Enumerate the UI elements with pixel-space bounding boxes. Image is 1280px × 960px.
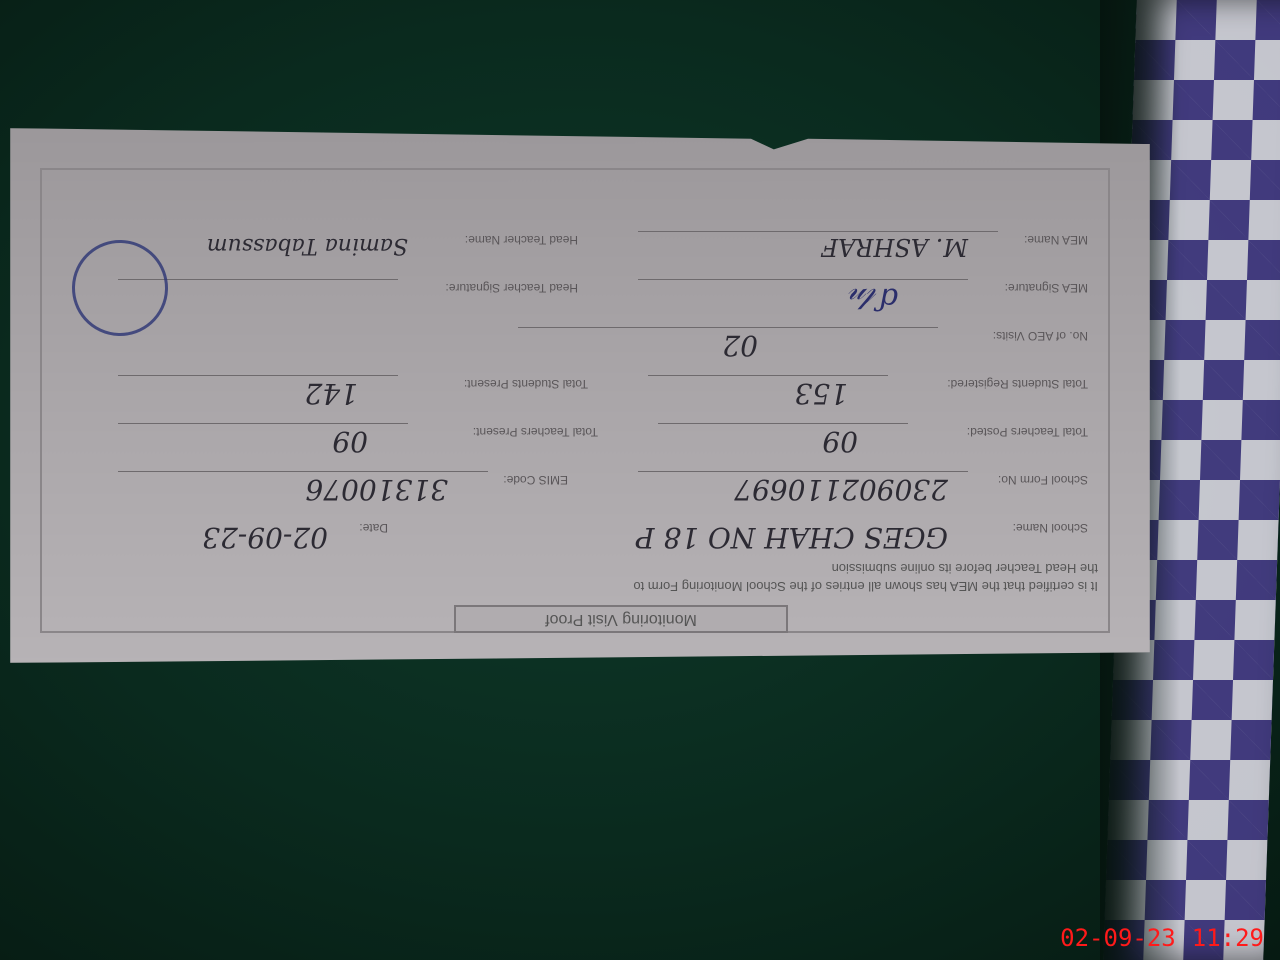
aeo-visits-label: No. of AEO Visits:: [993, 329, 1088, 343]
students-registered-value: 153: [795, 377, 848, 410]
row-form-no: School Form No: 230902110697 EMIS Code: …: [62, 465, 1088, 505]
underline: [648, 375, 888, 376]
form-no-value: 230902110697: [734, 473, 948, 506]
row-aeo-visits: No. of AEO Visits: 02: [62, 321, 1088, 361]
teachers-posted-value: 09: [822, 425, 858, 458]
timestamp-date: 02-09-23: [1060, 924, 1176, 952]
teachers-present-value: 09: [332, 425, 368, 458]
head-teacher-signature-label: Head Teacher Signature:: [445, 281, 578, 295]
teachers-present-label: Total Teachers Present:: [473, 425, 598, 439]
emis-label: EMIS Code:: [503, 473, 568, 487]
underline: [118, 471, 488, 472]
certification-text: It is certified that the MEA has shown a…: [62, 559, 1098, 595]
mea-name-label: MEA Name:: [1024, 233, 1088, 247]
school-name-value: GGES CHAH NO 18 P: [636, 521, 948, 554]
school-name-label: School Name:: [1013, 521, 1088, 535]
form-no-label: School Form No:: [998, 473, 1088, 487]
students-registered-label: Total Students Registered:: [947, 377, 1088, 391]
row-names: MEA Name: M. ASHRAF Head Teacher Name: S…: [62, 225, 1088, 265]
underline: [118, 423, 408, 424]
timestamp-time: 11:29: [1192, 924, 1264, 952]
teachers-posted-label: Total Teachers Posted:: [967, 425, 1088, 439]
students-present-value: 142: [305, 377, 358, 410]
underline: [638, 231, 998, 232]
underline: [658, 423, 908, 424]
emis-value: 31310076: [305, 473, 448, 506]
row-signatures: MEA Signature: ɗ𝓁𝓃 Head Teacher Signatur…: [62, 273, 1088, 313]
certification-line-1: It is certified that the MEA has shown a…: [62, 577, 1098, 595]
head-teacher-name-label: Head Teacher Name:: [465, 233, 578, 247]
underline: [118, 375, 398, 376]
row-teachers: Total Teachers Posted: 09 Total Teachers…: [62, 417, 1088, 457]
date-value: 02-09-23: [202, 521, 328, 554]
row-school-name: School Name: GGES CHAH NO 18 P Date: 02-…: [62, 513, 1088, 553]
form-title: Monitoring Visit Proof: [454, 605, 788, 633]
underline: [638, 471, 968, 472]
head-teacher-name-value: Samina Tabassum: [207, 233, 408, 258]
paper-slip: Monitoring Visit Proof It is certified t…: [10, 128, 1150, 663]
mea-name-value: M. ASHRAF: [821, 233, 968, 261]
underline: [638, 279, 968, 280]
mea-signature: ɗ𝓁𝓃: [849, 281, 898, 316]
underline: [518, 327, 938, 328]
aeo-visits-value: 02: [722, 329, 758, 362]
date-label: Date:: [359, 521, 388, 535]
camera-timestamp: 02-09-2311:29: [1060, 924, 1264, 952]
row-students: Total Students Registered: 153 Total Stu…: [62, 369, 1088, 409]
mea-signature-label: MEA Signature:: [1005, 281, 1088, 295]
students-present-label: Total Students Present:: [464, 377, 588, 391]
certification-line-2: the Head Teacher before its online submi…: [62, 559, 1098, 577]
form-box: Monitoring Visit Proof It is certified t…: [40, 168, 1110, 633]
